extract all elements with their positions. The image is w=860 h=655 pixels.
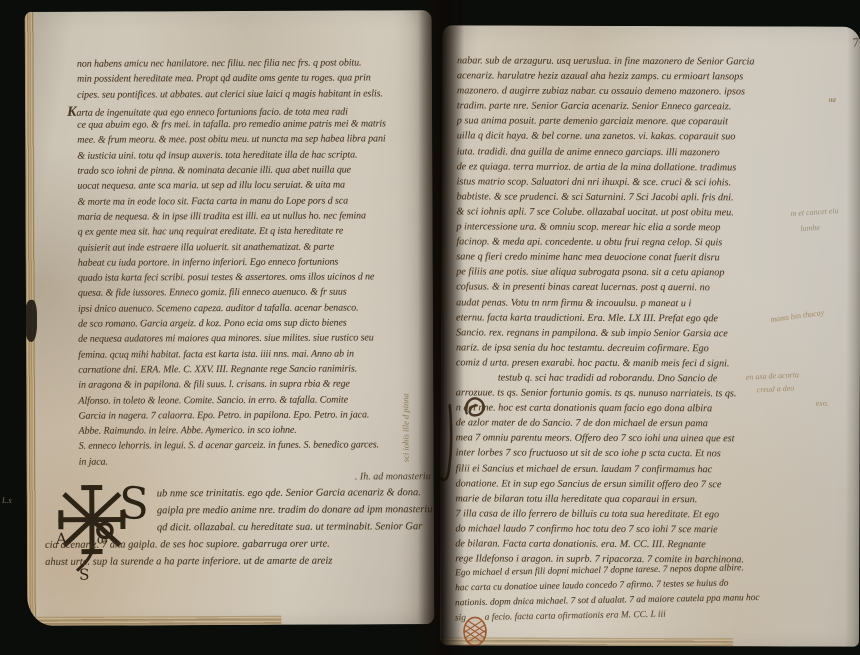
margin-note: exo. — [816, 399, 829, 408]
text-line: mea 7 omniu parentu meors. Offero deo 7 … — [456, 433, 854, 449]
text-line: maria de nequesa. & in ipse illi tradita… — [78, 210, 428, 227]
text-line: cia acenariz. 7 dna gaipla. de ses hoc s… — [45, 538, 434, 557]
parchment-tear — [25, 300, 37, 342]
text-line: Sancio. rex. regnans in pampilona. & sub… — [456, 327, 854, 343]
text-line: n dei nne. hoc est carta donationis quam… — [456, 402, 854, 418]
text-line: uilla q dicit haya. & bel corne. una zan… — [457, 131, 855, 147]
text-line: ce qua abuim ego. & frs mei. in tafalla.… — [77, 118, 427, 135]
text-line: nabar. sub de arzaguru. usq ueruslua. in… — [457, 55, 855, 71]
margin-note: lumbe — [800, 223, 820, 233]
text-line: ub nme sce trinitatis. ego qde. Senior G… — [45, 487, 435, 506]
text-line: non habens amicu nec hanilatore. nec fil… — [77, 57, 427, 74]
initial-i-icon — [440, 402, 456, 484]
text-line: p intercessione ura. & omniu scop. merea… — [456, 221, 854, 237]
text-line: S. enneco lehorris. in legui. S. d acena… — [79, 440, 429, 457]
text-line: habeat cu iuda portore. in inferno infer… — [78, 256, 428, 273]
text-line: tradim. parte nre. Senior Garcia acenari… — [457, 101, 855, 117]
manuscript-photo: L.s non habens amicu nec hanilatore. nec… — [0, 0, 860, 655]
text-line: de nequesa audatores mi maiores qua mino… — [78, 332, 428, 349]
text-line: p sua anima posuit. parte demenio garcia… — [457, 116, 855, 132]
text-line: ahust urte. sup la surende a ha parte in… — [45, 555, 434, 574]
text-line: mee. & frum meoru. & mee. post obitu meu… — [77, 134, 427, 151]
folio-number: 7 — [852, 35, 859, 51]
text-line: donatione. Et in sup ego Sancius de ersu… — [455, 478, 853, 494]
text-line: pe filiis ane potis. siue aliqua subroga… — [456, 267, 854, 283]
left-charter1-text: non habens amicu nec hanilatore. nec fil… — [77, 57, 429, 472]
text-line: min possident hereditate mea. Propt qd a… — [77, 72, 427, 89]
text-line: istus matrio scop. Saluatori dni nri ihu… — [457, 176, 855, 192]
notarial-signum-icon — [460, 615, 490, 646]
text-line: acenariz. harulatre heziz azaual aha hez… — [457, 70, 855, 86]
vertical-margin-note: sci iohis ille d pinna — [400, 393, 410, 462]
margin-note: creud a deo — [757, 384, 795, 395]
text-line: 7 illa casa de illo ferrero de billuis c… — [455, 508, 853, 524]
text-line: quisierit aut inde estraere illa uolueri… — [78, 241, 428, 258]
text-line: inter lorbes 7 sco fructuoso ut sit de s… — [456, 448, 854, 464]
text-line: q ex gente mea sit. hac unq requirat ere… — [78, 225, 428, 242]
text-line: qd dicit. ollazabal. cu hereditate sua. … — [45, 521, 434, 540]
text-line: carnatione dni. ERA. Mle. C. XXV. III. R… — [78, 363, 428, 380]
text-line: in jaca. — [79, 455, 429, 472]
text-line: de bilaran. Facta carta donationis. era.… — [455, 538, 853, 554]
left-page: non habens amicu nec hanilatore. nec fil… — [25, 10, 435, 626]
text-line: quado ista karta feci scribi. posui test… — [78, 271, 428, 288]
text-line: de ez quiaga. terra murrioz. de artia de… — [457, 161, 855, 177]
text-line: & morte ma in eode loco sit. Facta carta… — [77, 195, 427, 212]
text-line: & iusticia uini. totu qd insup auxeris. … — [77, 149, 427, 166]
right-charter-text: nabar. sub de arzaguru. usq ueruslua. in… — [455, 55, 855, 630]
text-line: cipes. seu pontifices. ut abbates. aut c… — [77, 88, 427, 105]
text-line: facinop. & meda api. concedente. u obtu … — [456, 236, 854, 252]
text-line: cofusus. & in presenti binas careat luce… — [456, 282, 854, 298]
text-line: quesa. & fide iussores. Enneco gomiz. fi… — [78, 287, 428, 304]
text-line: filii ei Sancius et michael de ersun. la… — [456, 463, 854, 479]
text-line: in aragona & in papilona. & fili suus. l… — [78, 378, 428, 395]
text-line: nariz. de ipsa senia du hoc testamtu. de… — [456, 342, 854, 358]
text-line: femina. qcuq mihi habitat. facta est kar… — [78, 348, 428, 365]
interlinear-correction: ua — [829, 96, 836, 104]
text-line: Garcia in nagera. 7 calaorra. Epo. Petro… — [78, 409, 428, 426]
scribe-signum-icon — [461, 393, 491, 421]
text-line: de azlor mater de do Sancio. 7 de don mi… — [456, 418, 854, 434]
text-line: mazonero. d augirre zubiaz nabar. cu oss… — [457, 86, 855, 102]
text-line: ipsi dnico auenuco. Scemeno capeza. audi… — [78, 302, 428, 319]
text-line: sane q fieri credo minime hanc mea deuoc… — [456, 252, 854, 268]
text-line: uocat nequesa. ante sca maria. ut sep ad… — [77, 180, 427, 197]
page-edge-stack-bottom — [29, 616, 281, 626]
text-line: trado sco iohni de pinna. & nominata dec… — [77, 164, 427, 181]
text-line: Abbe. Raimundo. in leire. Abbe. Aymerico… — [78, 424, 428, 441]
text-line: Karta de ingenuitate qua ego enneco fort… — [67, 103, 427, 120]
text-line: iuta. tradidi. dna guilla de anime ennec… — [457, 146, 855, 162]
right-page: 7 nabar. sub de arzaguru. usq ueruslua. … — [440, 25, 860, 646]
text-line: marie de bilaran totu illa hereditate qu… — [455, 493, 853, 509]
text-line: babtiste. & sce prudenci. & sci Saturnin… — [456, 191, 854, 207]
text-line: do michael laudo 7 confirmo hoc totu deo… — [455, 523, 853, 539]
text-line: gaipla pre medio anime nre. tradim do do… — [45, 504, 435, 523]
text-line: de sco romano. Garcia argeiz. d koz. Pon… — [78, 317, 428, 334]
left-charter2-text: ub nme sce trinitatis. ego qde. Senior G… — [45, 487, 435, 574]
left-margin-mark: L.s — [2, 496, 12, 505]
text-line: Alfonso. in toleto & leone. Comite. Sanc… — [78, 394, 428, 411]
